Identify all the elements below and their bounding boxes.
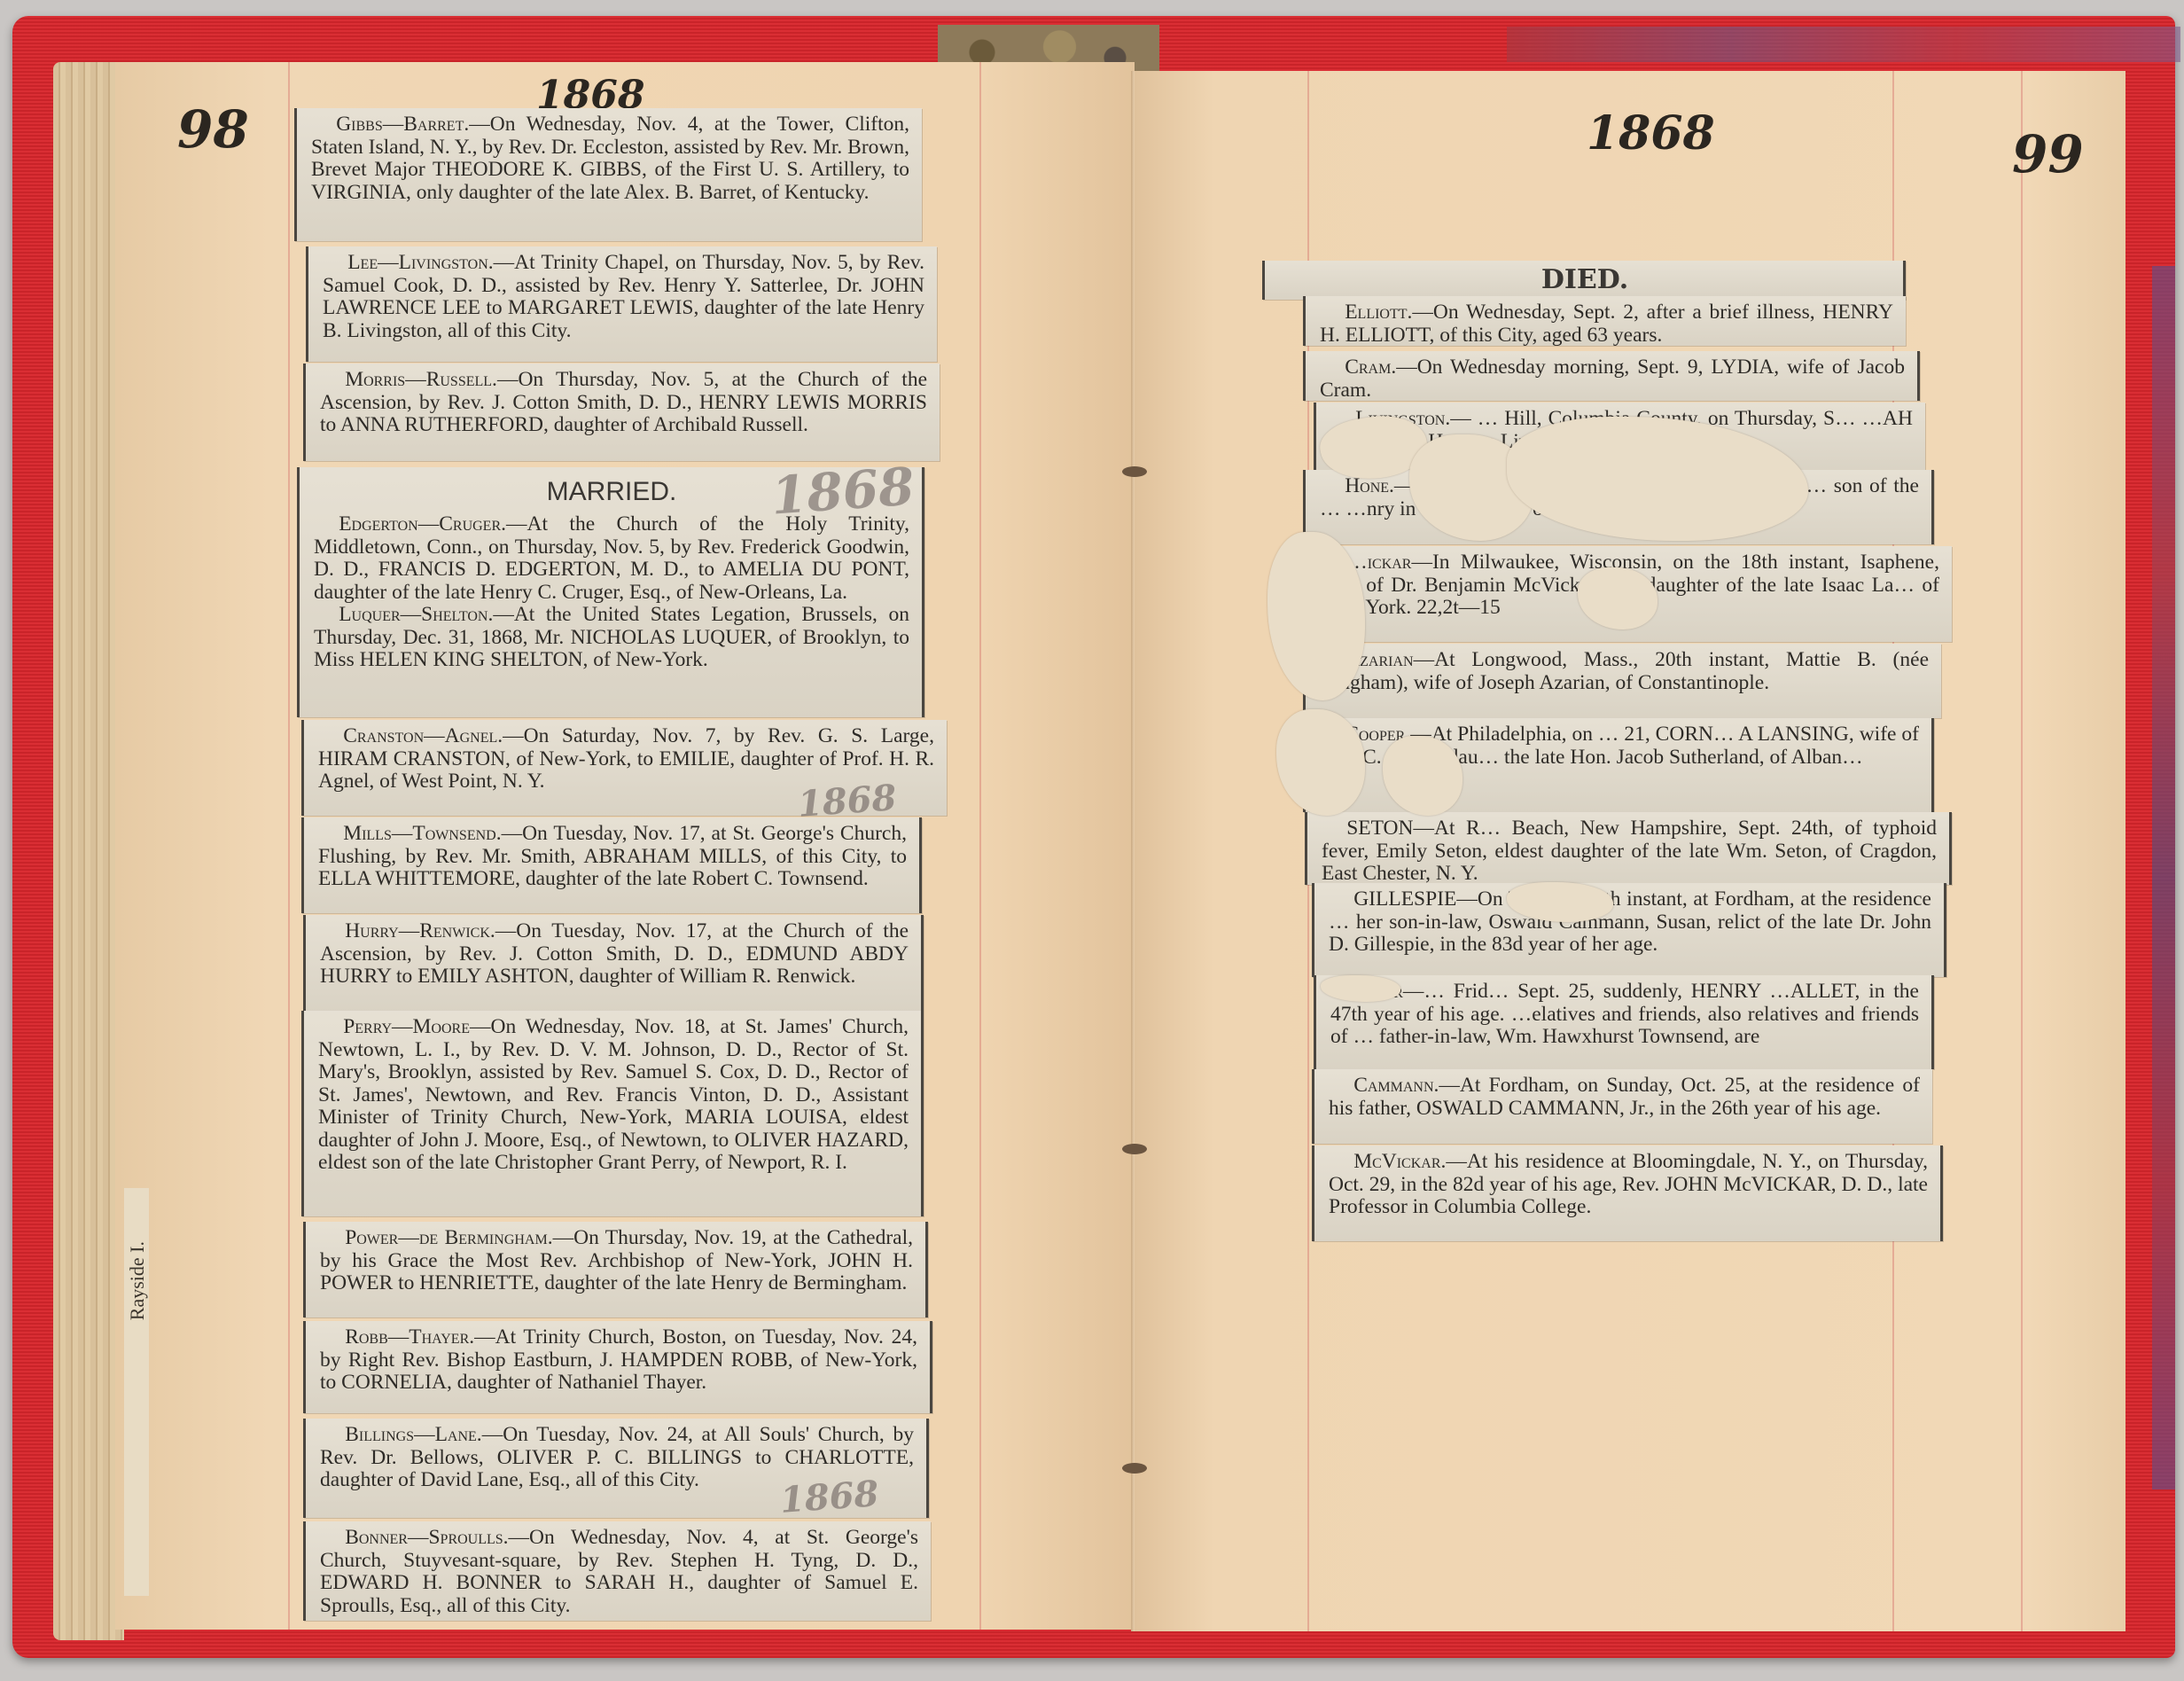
clipping-robb-thayer: Robb—Thayer.—At Trinity Church, Boston, … xyxy=(303,1321,932,1413)
clipping-heading: SETON xyxy=(1346,817,1413,840)
clipping-heading: Bonner—Sproulls. xyxy=(345,1526,508,1549)
pencil-year-annotation: 1868 xyxy=(778,1473,879,1521)
marbled-edge-right xyxy=(2152,266,2175,1489)
clipping-heading: Morris—Russell. xyxy=(345,368,497,391)
margin-rule xyxy=(288,62,290,1630)
clipping-perry-moore: Perry—Moore—On Wednesday, Nov. 18, at St… xyxy=(301,1011,924,1216)
clipping-gibbs-barret: Gibbs—Barret.—On Wednesday, Nov. 4, at t… xyxy=(294,108,922,241)
clipping-heading: McVickar. xyxy=(1353,1150,1446,1173)
clipping-heading: Mills—Townsend. xyxy=(343,822,501,845)
clipping-heading: Edgerton—Cruger. xyxy=(339,512,506,536)
pencil-year-annotation: 1868 xyxy=(796,777,897,825)
clipping-azarian: Azarian—At Longwood, Mass., 20th instant… xyxy=(1303,644,1941,718)
clipping-heading: Gibbs—Barret. xyxy=(336,113,469,136)
clipping-mallet: …ler—… Frid… Sept. 25, suddenly, HENRY …… xyxy=(1314,975,1934,1069)
gutter xyxy=(1131,71,1135,1631)
clipping-heading: GILLESPIE xyxy=(1353,887,1456,911)
died-header-clipping: DIED. xyxy=(1262,261,1906,300)
clipping-power-bermingham: Power—de Bermingham.—On Thursday, Nov. 1… xyxy=(303,1222,928,1317)
clipping-elliott: Elliott.—On Wednesday, Sept. 2, after a … xyxy=(1303,296,1906,346)
clipping-text: —On Wednesday, Nov. 18, at St. James' Ch… xyxy=(318,1015,909,1174)
clipping-heading: Cram. xyxy=(1345,356,1396,379)
clipping-text: —On Wednesday morning, Sept. 9, LYDIA, w… xyxy=(1320,356,1905,402)
pencil-year-annotation: 1868 xyxy=(769,456,916,526)
clipping-text: —… Frid… Sept. 25, suddenly, HENRY …ALLE… xyxy=(1330,980,1919,1048)
clipping-bonner-sproulls: Bonner—Sproulls.—On Wednesday, Nov. 4, a… xyxy=(303,1521,931,1621)
clipping-heading: Cranston—Agnel. xyxy=(343,724,503,747)
clipping-heading: Lee—Livingston. xyxy=(347,251,493,274)
stitch-hole xyxy=(1122,1463,1147,1474)
clipping-hurry-renwick: Hurry—Renwick.—On Tuesday, Nov. 17, at t… xyxy=(303,915,924,1011)
clipping-mcvickar-bloomingdale: McVickar.—At his residence at Bloomingda… xyxy=(1312,1145,1943,1241)
clipping-mills-townsend: Mills—Townsend.—On Tuesday, Nov. 17, at … xyxy=(301,817,922,913)
clipping-seton: SETON—At R… Beach, New Hampshire, Sept. … xyxy=(1305,812,1952,885)
clipping-cammann: Cammann.—At Fordham, on Sunday, Oct. 25,… xyxy=(1312,1069,1932,1144)
year-annotation-right: 1868 xyxy=(1587,106,1715,160)
margin-rule xyxy=(979,62,981,1630)
clipping-heading: Cammann. xyxy=(1353,1074,1439,1097)
clipping-heading: Hurry—Renwick. xyxy=(345,919,495,942)
stitch-hole xyxy=(1122,1144,1147,1154)
stitch-hole xyxy=(1122,466,1147,477)
clipping-heading: Perry—Moore xyxy=(343,1015,470,1038)
spine-label-text: Rayside I. xyxy=(126,1241,149,1320)
clipping-lee-livingston: Lee—Livingston.—At Trinity Chapel, on Th… xyxy=(306,246,937,362)
spine-label: Rayside I. xyxy=(124,1188,149,1596)
page-number-right: 99 xyxy=(2012,124,2084,184)
clipping-heading: Power—de Bermingham. xyxy=(345,1226,552,1249)
marbled-edge xyxy=(1507,27,2180,62)
died-header: DIED. xyxy=(1279,262,1891,298)
page-number-left: 98 xyxy=(177,99,249,160)
clipping-cram: Cram.—On Wednesday morning, Sept. 9, LYD… xyxy=(1303,351,1920,401)
clipping-heading: Billings—Lane. xyxy=(345,1423,482,1446)
clipping-heading: Luquer—Shelton. xyxy=(339,603,493,626)
clipping-heading: Elliott. xyxy=(1345,301,1412,324)
clipping-morris-russell: Morris—Russell.—On Thursday, Nov. 5, at … xyxy=(303,364,940,461)
margin-rule xyxy=(2021,71,2023,1631)
clipping-heading: Robb—Thayer. xyxy=(345,1325,474,1349)
clipping-text: —At R… Beach, New Hampshire, Sept. 24th,… xyxy=(1322,817,1937,885)
page-stack xyxy=(53,62,124,1640)
clipping-gillespie: GILLESPIE—On Thurs… …th instant, at Ford… xyxy=(1312,883,1946,977)
